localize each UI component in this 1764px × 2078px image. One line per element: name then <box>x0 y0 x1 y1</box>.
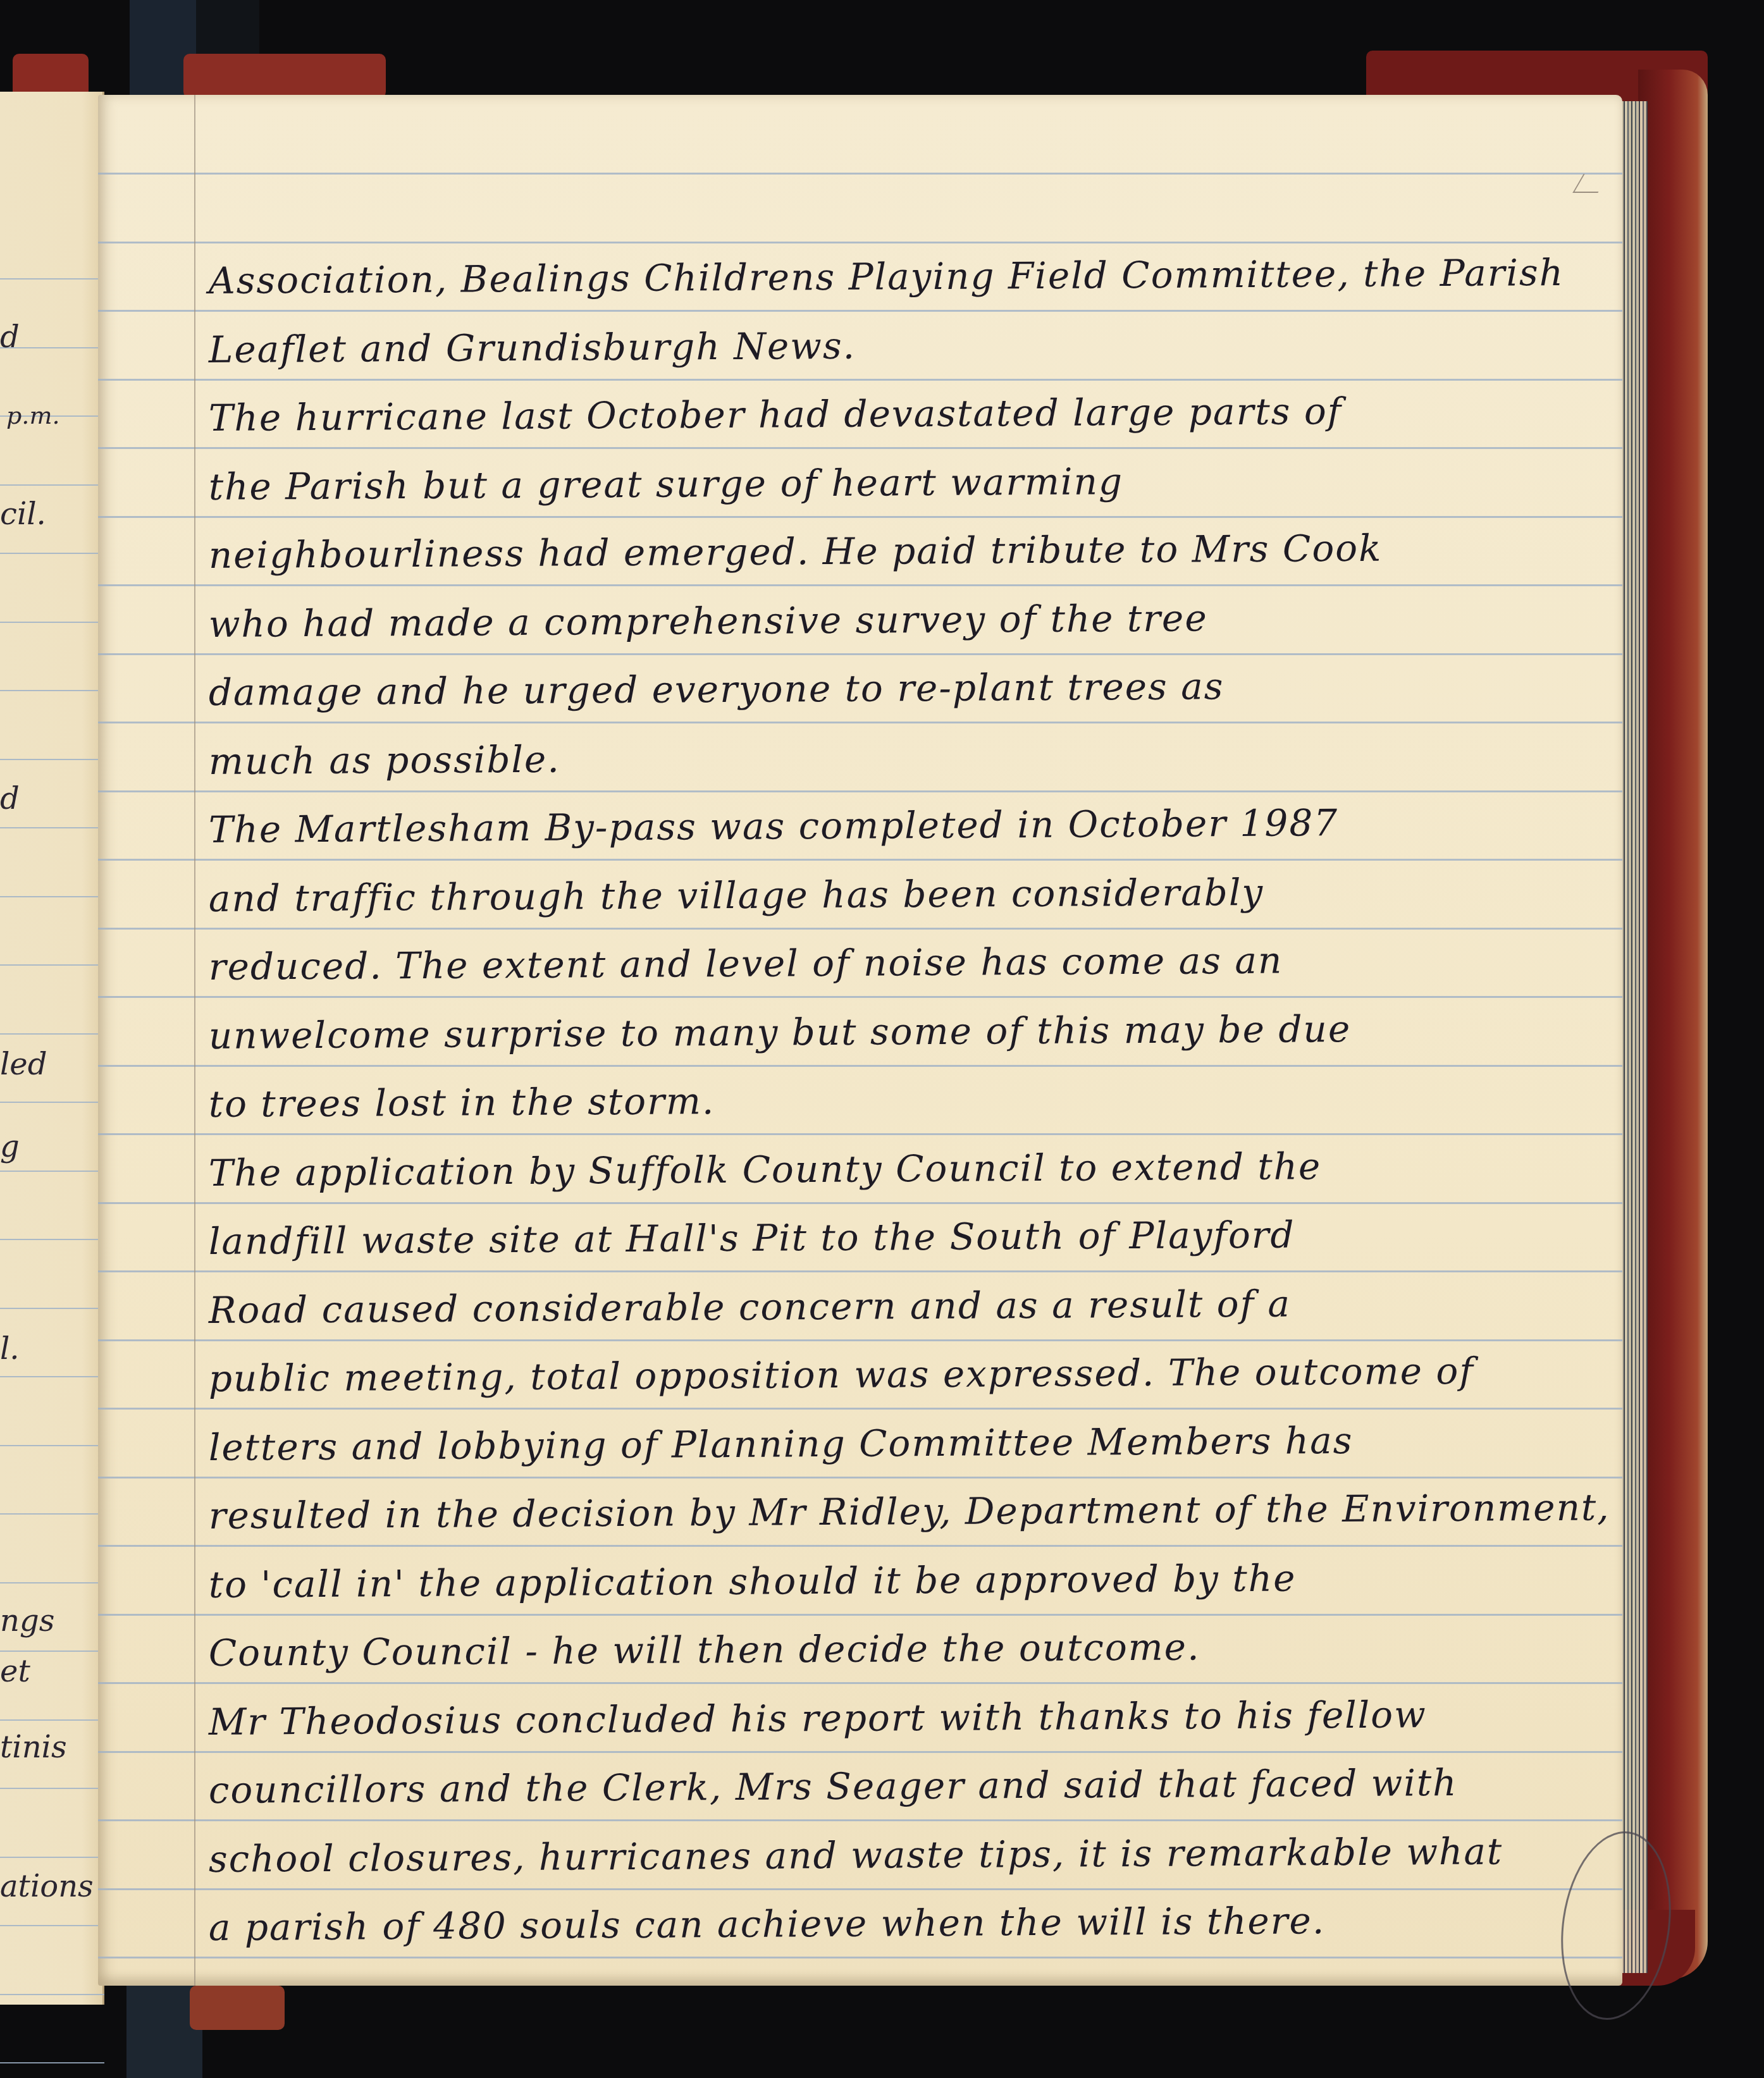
ruled-line <box>0 1308 104 1309</box>
ruled-line <box>0 1994 104 1995</box>
handwritten-line: reduced. The extent and level of noise h… <box>209 939 1283 988</box>
handwritten-line: Road caused considerable concern and as … <box>209 1282 1292 1331</box>
ruled-line <box>98 1202 1622 1204</box>
ruled-line <box>98 310 1622 312</box>
handwritten-line: much as possible. <box>209 737 560 782</box>
ruled-line <box>98 1682 1622 1684</box>
ruled-line <box>0 1376 104 1377</box>
left-page-fragment: et <box>0 1654 30 1689</box>
ruled-line <box>98 1133 1622 1135</box>
handwritten-line: resulted in the decision by Mr Ridley, D… <box>209 1485 1610 1537</box>
margin-line <box>194 95 195 1986</box>
ruled-line <box>0 1788 104 1789</box>
ruled-line <box>0 1171 104 1172</box>
left-page-fragment: d <box>0 319 20 355</box>
ruled-line <box>98 1614 1622 1616</box>
cover-leather-edge <box>190 1986 285 2030</box>
left-page-fragment: ations <box>0 1869 94 1904</box>
left-page-fragment: d <box>0 781 20 816</box>
handwritten-line: Association, Bealings Childrens Playing … <box>209 251 1565 302</box>
ruled-line <box>0 1445 104 1446</box>
ruled-line <box>0 1651 104 1652</box>
left-page-fragment: p.m. <box>6 402 60 429</box>
folded-corner <box>1572 174 1608 193</box>
handwritten-line: damage and he urged everyone to re-plant… <box>209 665 1224 714</box>
ruled-line <box>98 1339 1622 1341</box>
ruled-line <box>98 1819 1622 1821</box>
ruled-line <box>98 242 1622 243</box>
ruled-line <box>0 827 104 828</box>
handwritten-line: County Council - he will then decide the… <box>209 1625 1200 1675</box>
ruled-line <box>0 896 104 897</box>
handwritten-line: Leaflet and Grundisburgh News. <box>209 324 856 371</box>
left-page-fragment: led <box>0 1047 47 1082</box>
handwritten-line: letters and lobbying of Planning Committ… <box>209 1418 1354 1468</box>
ruled-line <box>98 584 1622 586</box>
ruled-line <box>0 1239 104 1240</box>
handwritten-line: school closures, hurricanes and waste ti… <box>209 1829 1503 1880</box>
ruled-line <box>0 1033 104 1035</box>
left-page: d p.m. cil. d led g l. ngs et tinis atio… <box>0 92 104 2005</box>
ruled-line <box>98 790 1622 792</box>
ruled-line <box>98 1751 1622 1753</box>
handwritten-line: neighbourliness had emerged. He paid tri… <box>209 527 1383 577</box>
ruled-line <box>98 1888 1622 1890</box>
handwritten-line: councillors and the Clerk, Mrs Seager an… <box>209 1761 1458 1812</box>
handwritten-line: the Parish but a great surge of heart wa… <box>209 460 1124 508</box>
left-page-fragment: g <box>0 1129 20 1164</box>
left-page-fragment: tinis <box>0 1730 67 1765</box>
ruled-line <box>0 2062 104 2063</box>
ruled-line <box>0 1857 104 1858</box>
ruled-line <box>0 1925 104 1926</box>
ruled-line <box>98 653 1622 655</box>
ruled-line <box>0 484 104 486</box>
handwritten-line: Mr Theodosius concluded his report with … <box>209 1693 1427 1743</box>
ruled-line <box>98 1408 1622 1410</box>
cover-leather-edge <box>1638 70 1708 1979</box>
handwritten-line: a parish of 480 souls can achieve when t… <box>209 1899 1326 1949</box>
ruled-line <box>98 1545 1622 1547</box>
ruled-line <box>0 690 104 691</box>
left-page-fragment: ngs <box>0 1603 54 1638</box>
handwritten-line: to trees lost in the storm. <box>209 1079 715 1126</box>
ruled-line <box>98 859 1622 861</box>
ruled-line <box>0 553 104 554</box>
handwritten-line: The Martlesham By-pass was completed in … <box>209 801 1339 851</box>
ruled-line <box>0 1582 104 1583</box>
cover-leather-edge <box>183 54 386 98</box>
handwritten-line: public meeting, total opposition was exp… <box>209 1349 1474 1400</box>
left-page-fragment: cil. <box>0 496 46 532</box>
handwritten-line: who had made a comprehensive survey of t… <box>209 596 1208 646</box>
ruled-line <box>98 996 1622 998</box>
ruled-line <box>0 1513 104 1515</box>
ruled-line <box>98 379 1622 381</box>
handwritten-line: and traffic through the village has been… <box>209 870 1264 919</box>
ruled-line <box>98 1957 1622 1958</box>
right-page: Association, Bealings Childrens Playing … <box>98 95 1622 1986</box>
ruled-line <box>0 1102 104 1103</box>
handwritten-line: unwelcome surprise to many but some of t… <box>209 1007 1352 1057</box>
ruled-line <box>0 964 104 966</box>
ruled-line <box>98 928 1622 930</box>
left-page-fragment: l. <box>0 1331 20 1367</box>
ruled-line <box>98 1477 1622 1479</box>
handwritten-line: to 'call in' the application should it b… <box>209 1556 1297 1606</box>
ruled-line <box>98 173 1622 175</box>
ruled-line <box>98 722 1622 723</box>
handwritten-line: The application by Suffolk County Counci… <box>209 1145 1322 1195</box>
ruled-line <box>98 447 1622 449</box>
scanned-notebook-spread: d p.m. cil. d led g l. ngs et tinis atio… <box>0 0 1764 2078</box>
ruled-line <box>0 278 104 280</box>
ruled-line <box>0 1719 104 1721</box>
handwritten-line: landfill waste site at Hall's Pit to the… <box>209 1214 1295 1263</box>
ruled-line <box>98 1065 1622 1067</box>
ruled-line <box>98 1270 1622 1272</box>
ruled-line <box>0 759 104 760</box>
ruled-line <box>0 622 104 623</box>
ruled-line <box>98 516 1622 518</box>
handwritten-line: The hurricane last October had devastate… <box>209 390 1343 440</box>
